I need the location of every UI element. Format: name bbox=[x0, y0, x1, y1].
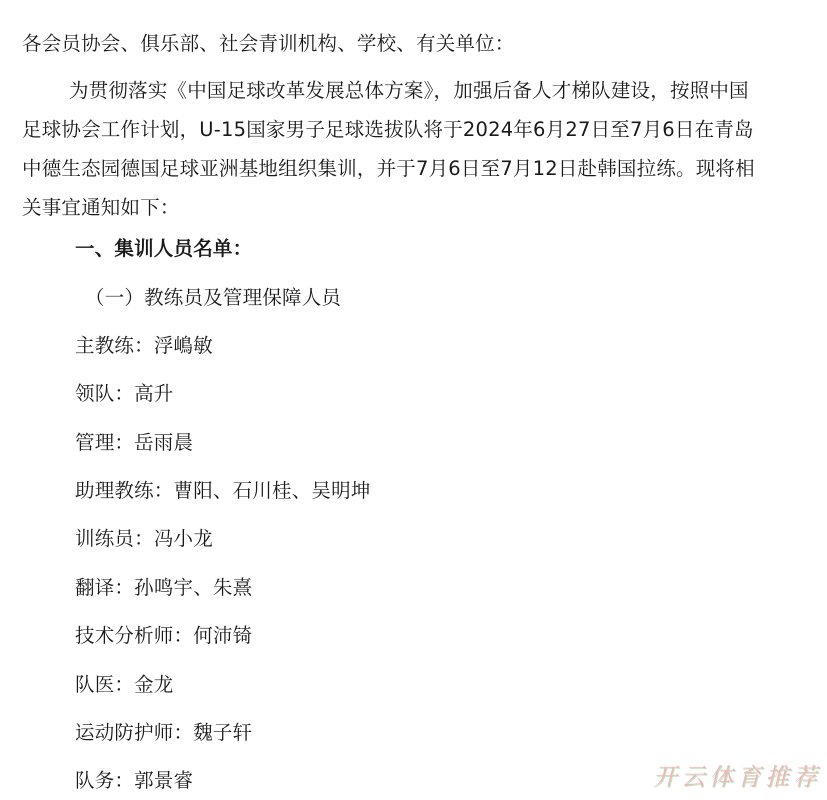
staff-names: 浮嶋敏 bbox=[154, 334, 213, 357]
staff-item: 管理：岳雨晨 bbox=[75, 427, 193, 455]
staff-role: 领队： bbox=[75, 382, 134, 405]
staff-item: 翻译：孙鸣宇、朱熹 bbox=[75, 572, 252, 600]
paragraph-line: 为贯彻落实《中国足球改革发展总体方案》，加强后备人才梯队建设，按照中国 bbox=[69, 75, 749, 103]
staff-role: 助理教练： bbox=[75, 479, 174, 502]
staff-names: 冯小龙 bbox=[154, 527, 213, 550]
staff-names: 何沛锜 bbox=[193, 624, 252, 647]
staff-role: 主教练： bbox=[75, 334, 154, 357]
staff-item: 助理教练：曹阳、石川桂、吴明坤 bbox=[75, 475, 371, 503]
section-heading: 一、集训人员名单： bbox=[75, 233, 252, 261]
staff-item: 队医：金龙 bbox=[75, 669, 174, 697]
staff-item: 主教练：浮嶋敏 bbox=[75, 330, 213, 358]
staff-names: 高升 bbox=[134, 382, 173, 405]
staff-item: 运动防护师：魏子轩 bbox=[75, 717, 252, 745]
salutation: 各会员协会、俱乐部、社会青训机构、学校、有关单位： bbox=[22, 28, 515, 56]
staff-names: 金龙 bbox=[134, 673, 173, 696]
staff-names: 曹阳、石川桂、吴明坤 bbox=[174, 479, 371, 502]
staff-role: 队务： bbox=[75, 769, 134, 792]
staff-role: 训练员： bbox=[75, 527, 154, 550]
staff-names: 岳雨晨 bbox=[134, 431, 193, 454]
staff-role: 管理： bbox=[75, 431, 134, 454]
staff-names: 郭景睿 bbox=[134, 769, 193, 792]
staff-role: 运动防护师： bbox=[75, 721, 193, 744]
staff-role: 技术分析师： bbox=[75, 624, 193, 647]
staff-item: 领队：高升 bbox=[75, 378, 174, 406]
paragraph-line: 关事宜通知如下： bbox=[22, 192, 180, 220]
paragraph-line: 足球协会工作计划，U-15国家男子足球选拔队将于2024年6月27日至7月6日在… bbox=[22, 114, 754, 142]
watermark: 开云体育推荐 bbox=[653, 757, 821, 792]
staff-item: 队务：郭景睿 bbox=[75, 765, 193, 793]
staff-names: 孙鸣宇、朱熹 bbox=[134, 576, 252, 599]
staff-role: 翻译： bbox=[75, 576, 134, 599]
paragraph-line: 中德生态园德国足球亚洲基地组织集训，并于7月6日至7月12日赴韩国拉练。现将相 bbox=[22, 153, 755, 181]
staff-item: 技术分析师：何沛锜 bbox=[75, 620, 252, 648]
staff-names: 魏子轩 bbox=[193, 721, 252, 744]
staff-role: 队医： bbox=[75, 673, 134, 696]
staff-item: 训练员：冯小龙 bbox=[75, 523, 213, 551]
subsection-heading: （一）教练员及管理保障人员 bbox=[85, 282, 341, 310]
